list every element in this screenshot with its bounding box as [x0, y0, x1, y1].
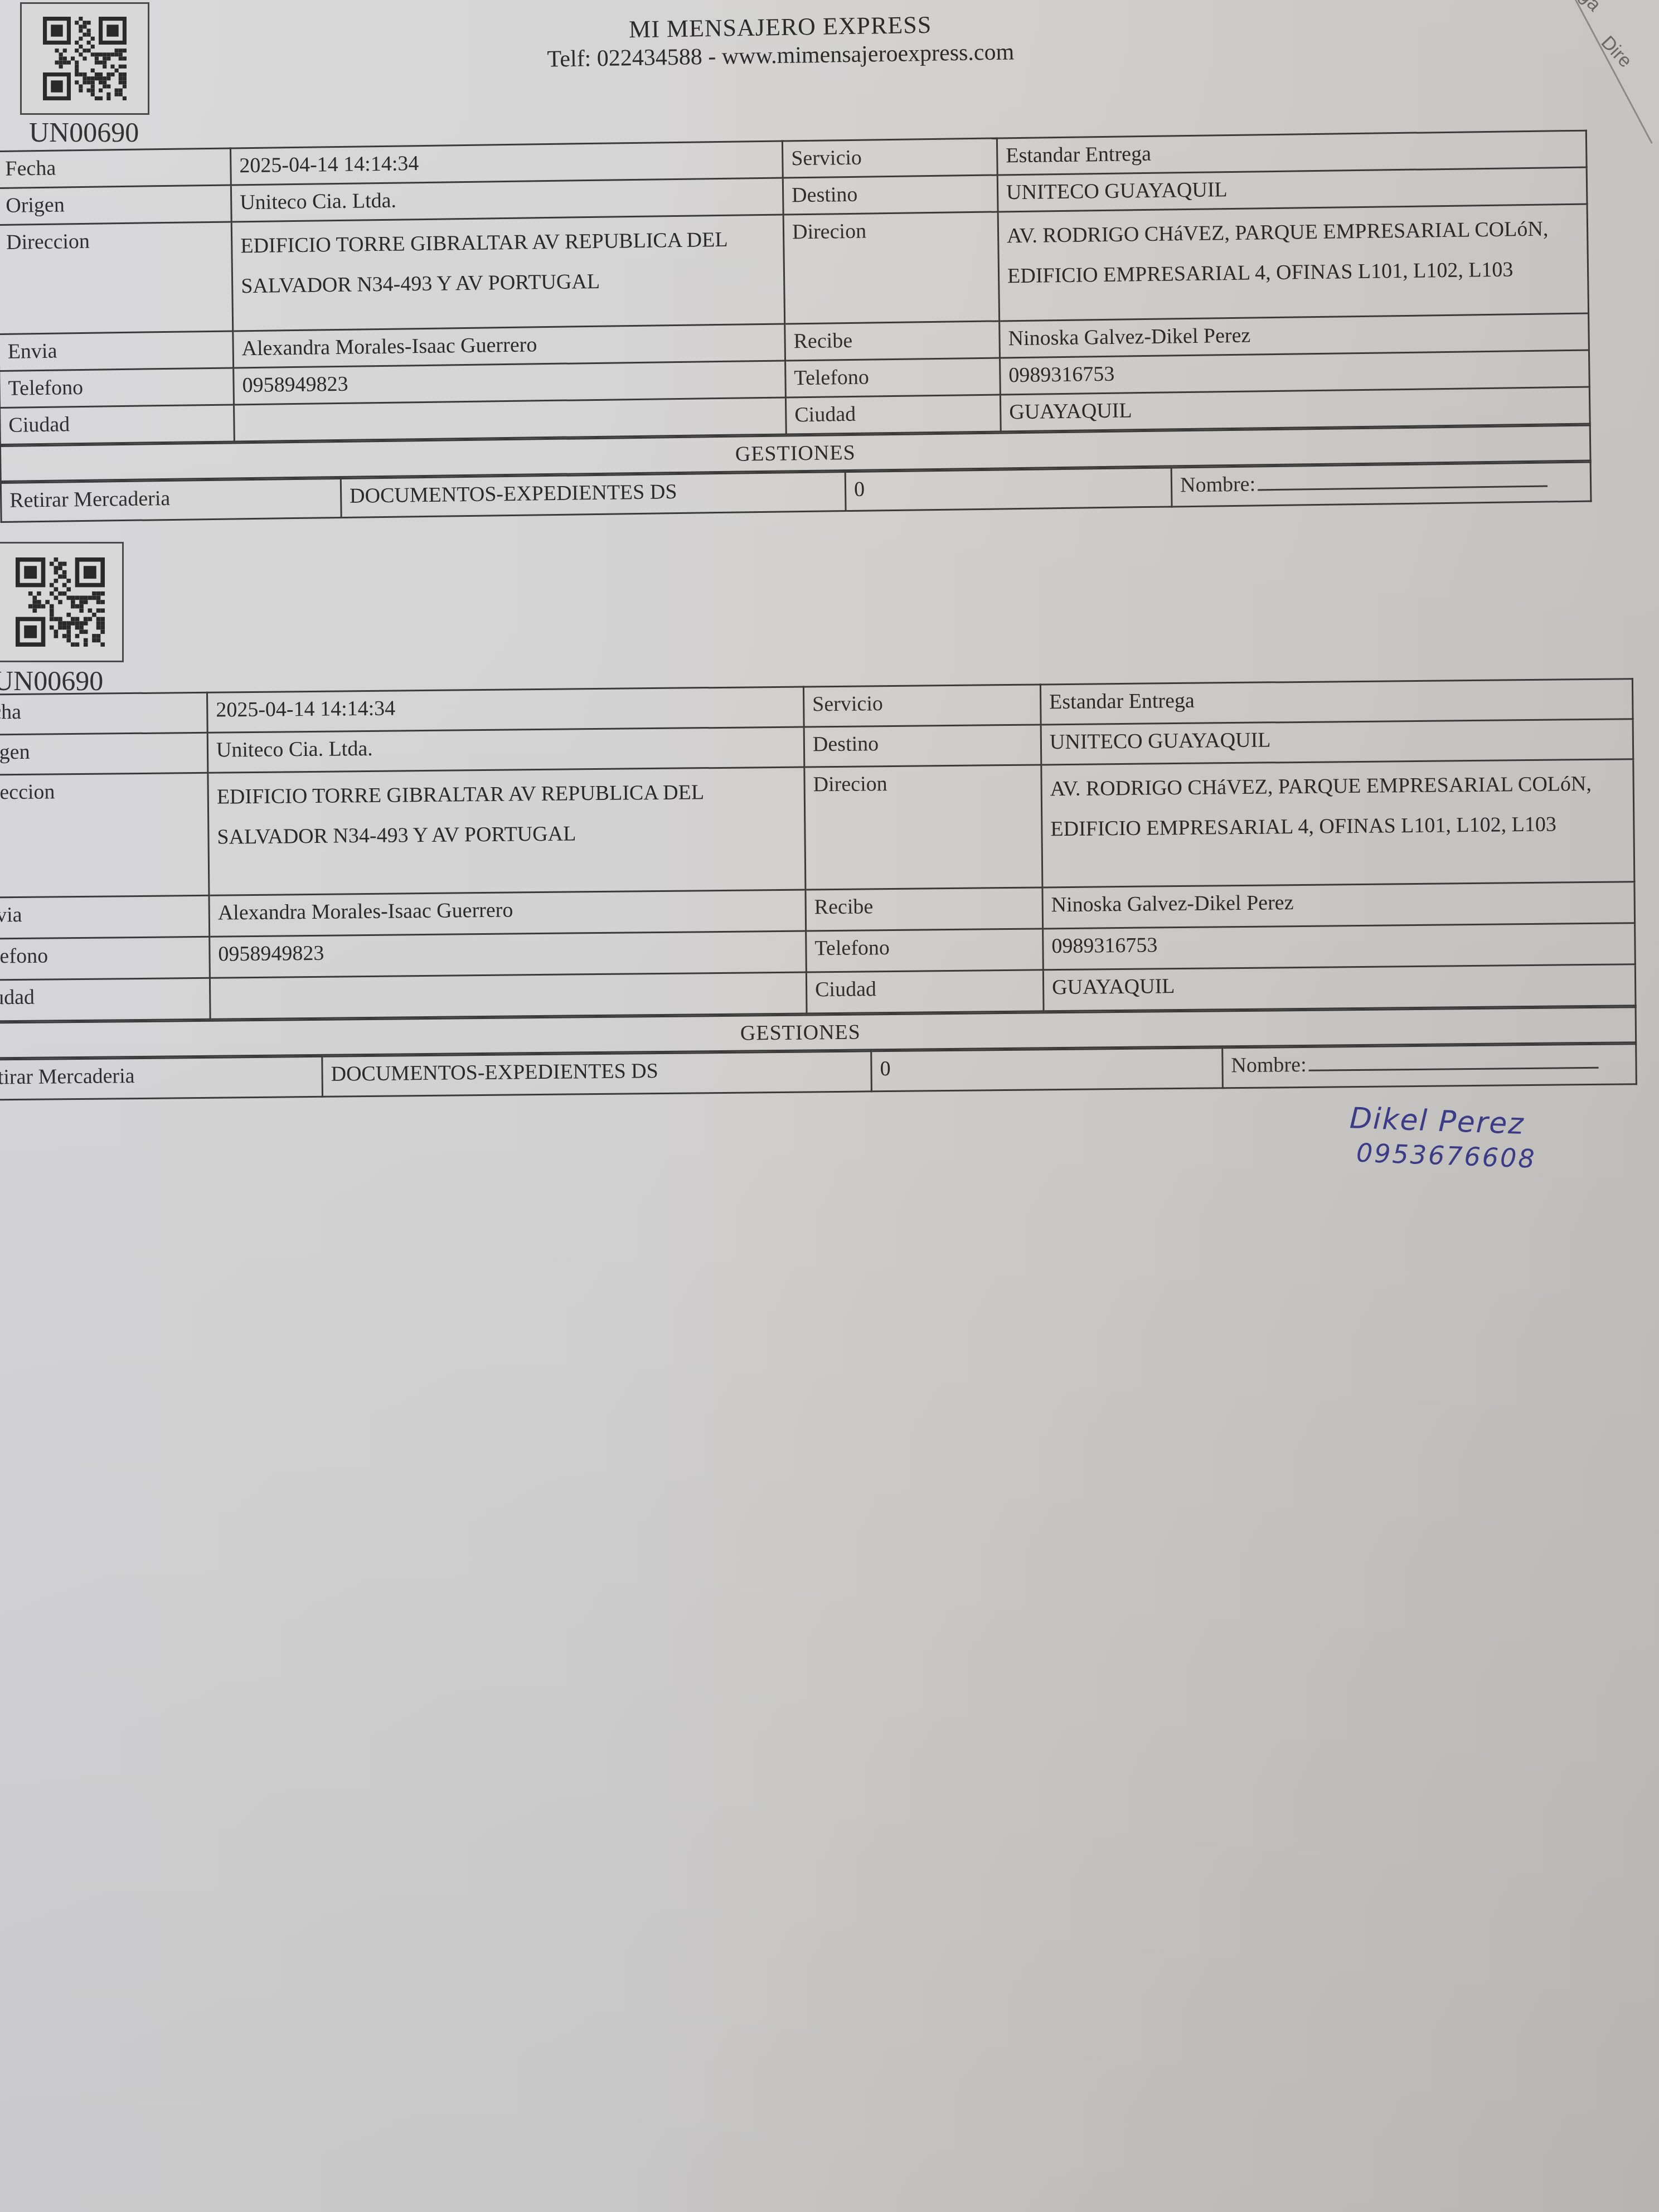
ciudad-destino-value: GUAYAQUIL — [1043, 964, 1636, 1011]
direccion-value: EDIFICIO TORRE GIBRALTAR AV REPUBLICA DE… — [231, 215, 784, 331]
signature-label: Nombre: — [1231, 1053, 1306, 1077]
origen-value: Uniteco Cia. Ltda. — [207, 727, 804, 773]
handwritten-phone: 0953676608 — [1348, 1136, 1536, 1175]
telefono-recibe-label: Telefono — [785, 358, 1001, 397]
ciudad-destino-label: Ciudad — [785, 395, 1001, 434]
destino-label: Destino — [804, 725, 1041, 767]
fecha-label: Fecha — [0, 148, 231, 188]
qr-code-icon — [20, 2, 149, 115]
underlying-sheet: ega Dire — [1557, 0, 1659, 144]
ciudad-origen-label: Ciudad — [0, 978, 210, 1021]
gestion-quantity: 0 — [871, 1048, 1223, 1092]
telefono-recibe-label: Telefono — [806, 929, 1044, 972]
servicio-label: Servicio — [803, 685, 1041, 727]
gestion-quantity: 0 — [845, 468, 1172, 511]
tracking-number: UN00690 — [29, 116, 139, 148]
signature-field[interactable]: Nombre: — [1223, 1044, 1637, 1088]
tracking-number: UN00690 — [0, 664, 103, 697]
origen-label: Origen — [0, 185, 231, 225]
telefono-envia-value: 0958949823 — [210, 931, 807, 978]
destino-label: Destino — [783, 175, 998, 215]
origen-label: Origen — [0, 733, 208, 775]
signature-line — [1308, 1050, 1598, 1071]
direcion-destino-label: Direcion — [804, 765, 1042, 890]
waybill-header: MI MENSAJERO EXPRESS Telf: 022434588 - w… — [490, 8, 1070, 74]
direcion-destino-label: Direcion — [783, 212, 1000, 324]
gestion-item: DOCUMENTOS-EXPEDIENTES DS — [322, 1051, 872, 1097]
envia-label: Envia — [0, 895, 210, 939]
ciudad-origen-value — [210, 972, 807, 1019]
fecha-label: Fecha — [0, 692, 207, 735]
ciudad-origen-label: Ciudad — [0, 405, 234, 444]
signature-line — [1258, 469, 1548, 491]
gestion-action: Retirar Mercaderia — [1, 478, 341, 522]
row-direccion: Direccion EDIFICIO TORRE GIBRALTAR AV RE… — [0, 759, 1634, 898]
recibe-label: Recibe — [785, 321, 1000, 361]
underlying-sheet-fragment: ega — [1568, 0, 1605, 16]
telefono-recibe-value: 0989316753 — [1043, 923, 1636, 970]
direccion-value: EDIFICIO TORRE GIBRALTAR AV REPUBLICA DE… — [208, 767, 806, 895]
destino-value: UNITECO GUAYAQUIL — [1041, 719, 1633, 765]
ciudad-destino-label: Ciudad — [806, 970, 1044, 1013]
gestion-action: Retirar Mercaderia — [0, 1056, 322, 1100]
envia-value: Alexandra Morales-Isaac Guerrero — [209, 890, 806, 937]
waybill-form-copy-1: Fecha 2025-04-14 14:14:34 Servicio Estan… — [0, 130, 1592, 523]
recibe-label: Recibe — [806, 887, 1043, 931]
gestion-item: DOCUMENTOS-EXPEDIENTES DS — [341, 472, 846, 518]
underlying-sheet-fragment: Dire — [1597, 32, 1636, 72]
signature-label: Nombre: — [1180, 472, 1256, 497]
ciudad-destino-value: GUAYAQUIL — [1000, 387, 1590, 431]
fecha-value: 2025-04-14 14:14:34 — [207, 687, 804, 733]
servicio-value: Estandar Entrega — [1040, 679, 1633, 725]
recibe-value: Ninoska Galvez-Dikel Perez — [1042, 882, 1635, 929]
row-direccion: Direccion EDIFICIO TORRE GIBRALTAR AV RE… — [0, 204, 1589, 334]
ciudad-origen-value — [234, 397, 787, 442]
qr-code-icon — [0, 542, 124, 662]
waybill-form-copy-2: Fecha 2025-04-14 14:14:34 Servicio Estan… — [0, 678, 1637, 1101]
handwritten-signature: Dikel Perez 0953676608 — [1348, 1100, 1538, 1175]
direccion-label: Direccion — [0, 222, 233, 334]
signature-field[interactable]: Nombre: — [1171, 462, 1591, 507]
direcion-destino-value: AV. RODRIGO CHáVEZ, PARQUE EMPRESARIAL C… — [1041, 759, 1634, 887]
telefono-envia-label: Telefono — [0, 368, 234, 408]
telefono-envia-label: Telefono — [0, 937, 210, 980]
envia-label: Envia — [0, 331, 234, 371]
direccion-label: Direccion — [0, 773, 209, 898]
handwritten-name: Dikel Perez — [1349, 1100, 1538, 1143]
servicio-label: Servicio — [782, 138, 997, 178]
direcion-destino-value: AV. RODRIGO CHáVEZ, PARQUE EMPRESARIAL C… — [998, 204, 1588, 321]
